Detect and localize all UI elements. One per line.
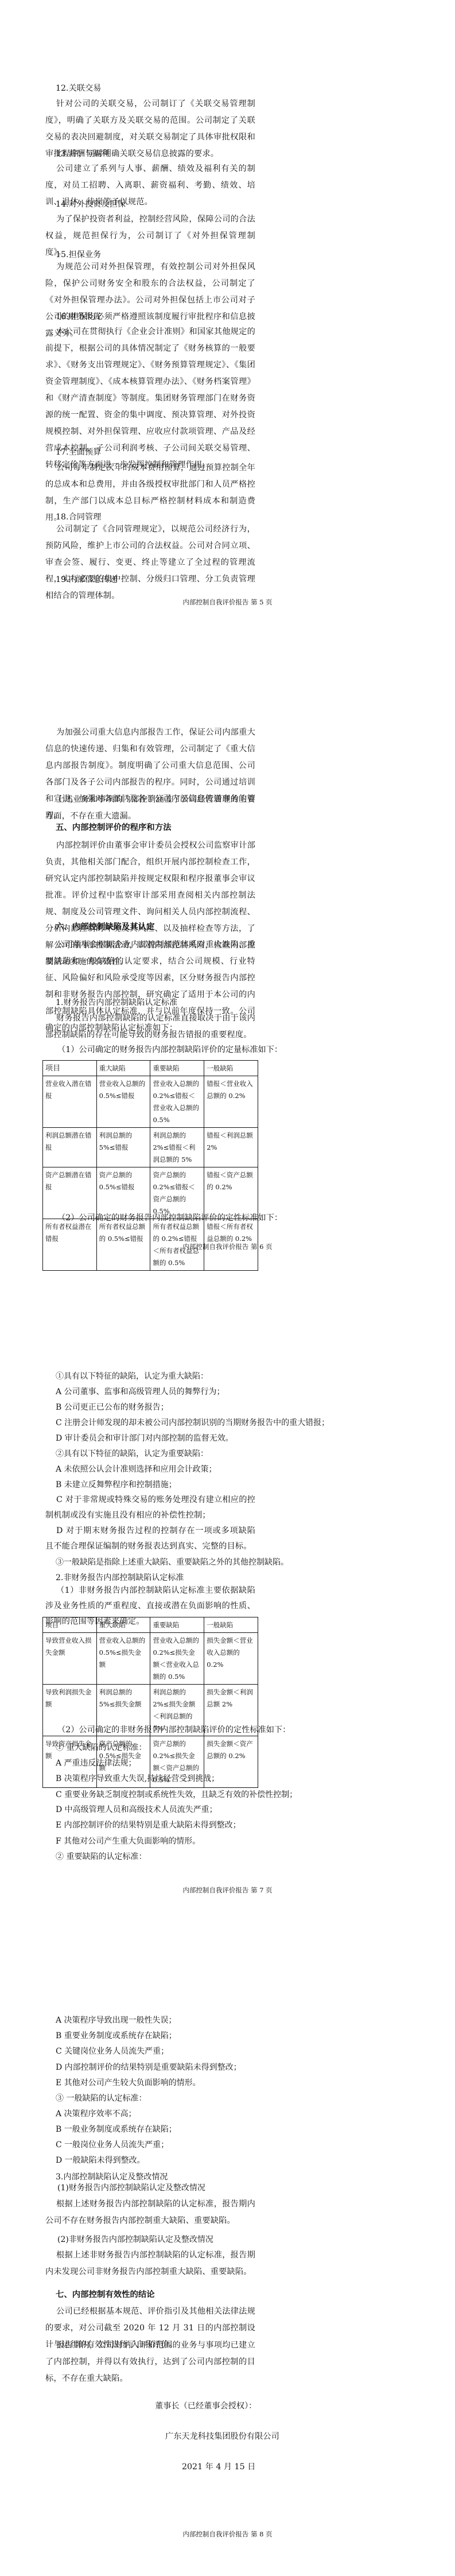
table-header-cell: 重大缺陷 [96,1617,150,1633]
sub-2-title: 2.非财务报告内部控制缺陷认定标准 [56,1572,184,1584]
signature-date: 2021 年 4 月 15 日 [182,2461,255,2473]
nf-major-title: ① 重大缺陷的认定标准： [56,1742,146,1753]
section-5-title: 五、内部控制评价的程序和方法 [56,822,171,833]
important-defect-item: A 未依照公认会计准则选择和应用会计政策； [56,1464,217,1475]
table-cell: 错报＜营业收入总额的 0.2% [204,1076,258,1128]
nf-major-item: D 中高级管理人员和高级技术人员流失严重； [56,1804,217,1815]
nf-important-item: C 关键岗位业务人员流失严重； [56,2046,169,2057]
table-header-cell: 重大缺陷 [96,1061,150,1076]
major-defect-item: C 注册会计师发现的却未被公司内部控制识别的当期财务报告中的重大错报； [56,1417,329,1429]
major-defect-item: D 审计委员会和审计部门对内部控制的监督无效。 [56,1433,234,1444]
nf-general-item: D 一般缺陷未得到整改。 [56,2155,145,2166]
nf-general-title: ③ 一般缺陷的认定标准： [56,2093,146,2104]
page-footer-8: 内部控制自我评价报告 第 8 页 [0,2530,455,2539]
table-financial-quantitative: 项目 重大缺陷 重要缺陷 一般缺陷 营业收入潜在错报 营业收入总额的 0.5%≤… [42,1060,258,1271]
table-header-row: 项目 重大缺陷 重要缺陷 一般缺陷 [43,1061,258,1076]
nf-important-item: E 其他对公司产生较大负面影响的情形。 [56,2077,201,2089]
table-cell: 资产总额潜在错报 [43,1167,97,1219]
section-7-para-2: 报告期内，公司对纳入评价范围的业务与事项均已建立了内部控制，并得以有效执行，达到… [45,2337,255,2387]
table-cell: 错报＜资产总额的 0.2% [204,1167,258,1219]
heading-related-transactions: 12.关联交易 [56,83,101,94]
table-cell: 营业收入总额的 0.2%≤损失金额＜营业收入总额的 0.5% [150,1633,204,1685]
nf-general-item: A 决策程序效率不高； [56,2108,137,2120]
page-8: A 决策程序导致出现一般性失误； B 重要业务制度或系统存在缺陷； C 关键岗位… [0,1911,455,2576]
company-name: 广东天龙科技集团股份有限公司 [165,2431,279,2442]
page-5: 12.关联交易 针对公司的关联交易，公司制订了《关联交易管理制度》，明确了关联方… [0,0,455,637]
page-footer-6: 内部控制自我评价报告 第 6 页 [0,1242,455,1251]
page-6: 为加强公司重大信息内部报告工作，保证公司内部重大信息的快速传递、归集和有效管理，… [0,637,455,1274]
important-defect-item-d: D 对于期末财务报告过程的控制存在一项或多项缺陷且不能合理保证编制的财务报表达到… [45,1523,255,1554]
sub-1-para: 财务报告内部控制缺陷的认定标准直接取决于由于该内部控制缺陷的存在可能导致的财务报… [45,1010,255,1043]
sub-3-1-para: 根据上述财务报告内部控制缺陷的认定标准，报告期内公司不存在财务报告内部控制重大缺… [45,2196,255,2229]
nf-important-item: A 决策程序导致出现一般性失误； [56,2015,177,2026]
major-defect-item: B 公司更正已公布的财务报告； [56,1402,169,1413]
page-footer-5: 内部控制自我评价报告 第 5 页 [0,598,455,607]
page-7: ①具有以下特征的缺陷，认定为重大缺陷： A 公司董事、监事和高级管理人员的舞弊行… [0,1274,455,1911]
sub-3-2-title: (2)非财务报告内部控制缺陷认定及整改情况 [57,2234,213,2245]
table-cell: 利润总额的 2%≤错报＜利润总额的 5% [150,1128,204,1167]
table-cell: 资产总额的 0.2%≤错报＜资产总额的 0.5% [150,1167,204,1219]
table-cell: 错报＜利润总额 2% [204,1128,258,1167]
section-7-title: 七、内部控制有效性的结论 [56,2289,155,2300]
general-defect-note: ③一般缺陷是指除上述重大缺陷、重要缺陷之外的其他控制缺陷。 [56,1557,289,1568]
table-row: 导致营业收入损失金额 营业收入总额的 0.5%≤损失金额 营业收入总额的 0.2… [43,1633,258,1685]
nf-important-item: B 重要业务制度或系统存在缺陷； [56,2030,177,2042]
table-cell: 导致营业收入损失金额 [43,1633,97,1685]
table-header-cell: 一般缺陷 [204,1617,258,1633]
section-6-title: 六、内部控制缺陷及其认定 [56,921,155,933]
table-cell: 营业收入潜在错报 [43,1076,97,1128]
table-cell: 营业收入总额的 0.5%≤错报 [96,1076,150,1128]
table-row: 资产总额潜在错报 资产总额的 0.5%≤错报 资产总额的 0.2%≤错报＜资产总… [43,1167,258,1219]
nf-general-item: B 一般业务制度或系统存在缺陷； [56,2124,177,2135]
sub-1-title: 1.财务报告内部控制缺陷认定标准 [56,997,177,1008]
nf-major-item: E 内部控制评价的结果特别是重大缺陷未得到整改； [56,1820,241,1831]
signature-label: 董事长（已经董事会授权）： [155,2400,256,2412]
nf-general-item: C 一般岗位业务人员流失严重； [56,2139,169,2151]
nf-major-item: A 严重违反法律法规； [56,1758,137,1769]
table-cell: 营业收入总额的 0.5%≤损失金额 [96,1633,150,1685]
sub-3-1-title: (1)财务报告内部控制缺陷认定及整改情况 [57,2182,205,2194]
table-cell: 损失金额＜营业收入总额的 0.2% [204,1633,258,1685]
important-defect-item: B 未建立反舞弊程序和控制措施； [56,1479,177,1491]
table-row: 利润总额潜在错报 利润总额的 5%≤错报 利润总额的 2%≤错报＜利润总额的 5… [43,1128,258,1167]
sub-3-2-para: 根据上述非财务报告内部控制缺陷的认定标准，报告期内未发现公司非财务报告内部控制重… [45,2247,255,2280]
table-1-caption: （1）公司确定的财务报告内部控制缺陷评价的定量标准如下： [57,1044,282,1056]
nf-important-title: ② 重要缺陷的认定标准： [56,1851,146,1863]
nf-major-item: F 其他对公司产生重大负面影响的情形。 [56,1836,200,1847]
table-cell: 利润总额潜在错报 [43,1128,97,1167]
major-defect-item: A 公司董事、监事和高级管理人员的舞弊行为； [56,1386,225,1398]
table-cell: 营业收入总额的 0.2%≤错报＜营业收入总额的 0.5% [150,1076,204,1128]
table-cell: 资产总额的 0.5%≤错报 [96,1167,150,1219]
heading-internal-info: 19.内部信息传递 [56,574,118,585]
table-header-cell: 项目 [43,1061,97,1076]
heading-financial-report: 16.财务报告 [56,311,101,323]
heading-external-investment: 14.对外投资及担保 [56,199,126,210]
sub-3-title: 3.内部控制缺陷认定及整改情况 [56,2171,168,2183]
nf-major-item: B 决策程序导致重大失误,持续经营受到挑战； [56,1773,219,1784]
nf-major-item: C 重要业务缺乏制度控制或系统性失效，且缺乏有效的补偿性控制； [56,1789,297,1801]
nf-important-item: D 内部控制评价的结果特别是重要缺陷未得到整改； [56,2062,242,2073]
heading-compensation: 13.薪酬与福利 [56,148,110,160]
major-defect-title: ①具有以下特征的缺陷，认定为重大缺陷： [56,1371,208,1382]
important-defect-item-c: C 对于非常规或特殊交易的账务处理没有建立相应的控制机制或没有实施且没有相应的补… [45,1492,255,1523]
important-defect-title: ②具有以下特征的缺陷，认定为重要缺陷： [56,1448,208,1460]
table-header-row: 项目 重大缺陷 重要缺陷 一般缺陷 [43,1617,258,1633]
table-header-cell: 项目 [43,1617,97,1633]
table-header-cell: 一般缺陷 [204,1061,258,1076]
heading-budget: 17.全面预算 [56,447,101,458]
para-summary: 上述业务和事项的内部控制涵盖了公司经营管理的主要方面，不存在重大遗漏。 [45,792,255,825]
table-row: 营业收入潜在错报 营业收入总额的 0.5%≤错报 营业收入总额的 0.2%≤错报… [43,1076,258,1128]
qualitative-2-caption: （2）公司确定的非财务报告内部控制缺陷评价的定性标准如下： [57,1724,290,1736]
table-header-cell: 重要缺陷 [150,1061,204,1076]
para-contract: 公司制定了《合同管理规定》，以规范公司经济行为，预防风险，维护上市公司的合法权益… [45,521,255,604]
qualitative-caption: （2）公司确定的财务报告内部控制缺陷评价的定性标准如下： [57,1212,282,1224]
page-footer-7: 内部控制自我评价报告 第 7 页 [0,1886,455,1895]
table-cell: 利润总额的 5%≤错报 [96,1128,150,1167]
table-header-cell: 重要缺陷 [150,1617,204,1633]
